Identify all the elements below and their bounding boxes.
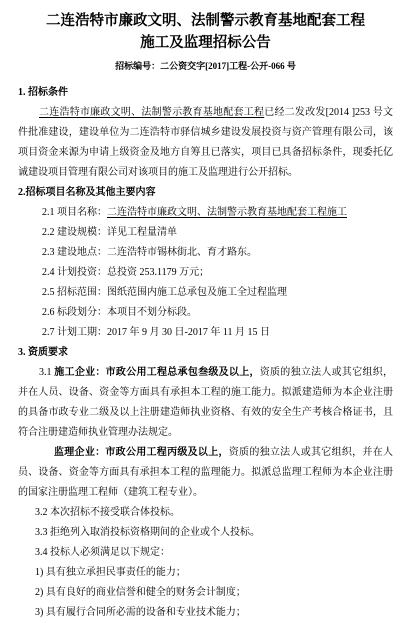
supervision-qualification-bold: 监理企业：市政公用工程丙级及以上，: [54, 447, 229, 458]
section3-supervision-paragraph: 监理企业：市政公用工程丙级及以上，资质的独立法人或其它组织，并在人员、设备、资金…: [18, 443, 393, 503]
section2-item-investment: 2.4 计划投资：总投资 253.1179 万元；: [42, 263, 393, 283]
construction-item-number: 3.1: [39, 367, 54, 378]
section2-item1-label: 2.1 项目名称：: [42, 207, 107, 218]
section3-item-consortium: 3.2 本次招标不接受联合体投标。: [35, 503, 393, 523]
section2-item-schedule: 2.7 计划工期：2017 年 9 月 30 日-2017 年 11 月 15 …: [42, 323, 393, 343]
requirement-list-item-2: 2) 具有良好的商业信誉和健全的财务会计制度；: [35, 583, 393, 603]
document-title-line1: 二连浩特市廉政文明、法制警示教育基地配套工程: [18, 10, 393, 32]
document-title: 二连浩特市廉政文明、法制警示教育基地配套工程 施工及监理招标公告: [18, 10, 393, 54]
section2-item-scope: 2.5 招标范围：图纸范围内施工总承包及施工全过程监理: [42, 283, 393, 303]
section3-item-disqualified: 3.3 拒绝列入取消投标资格期间的企业或个人投标。: [35, 523, 393, 543]
section2-item-scale: 2.2 建设规模：详见工程量清单: [42, 223, 393, 243]
section2-item-location: 2.3 建设地点：二连浩特市锡林街北、育才路东。: [42, 243, 393, 263]
section3-construction-paragraph: 3.1 施工企业：市政公用工程总承包叁级及以上，资质的独立法人或其它组织，并在人…: [18, 363, 393, 443]
section2-item-project-name: 2.1 项目名称：二连浩特市廉政文明、法制警示教育基地配套工程施工: [42, 203, 393, 223]
section3-item-requirements: 3.4 投标人必须满足以下规定：: [35, 543, 393, 563]
tender-number: 招标编号：二公资交字[2017]工程-公开-066 号: [18, 59, 393, 73]
requirement-list-item-3: 3) 具有履行合同所必需的设备和专业技术能力；: [35, 603, 393, 623]
section1-project-name: 二连浩特市廉政文明、法制警示教育基地配套工程: [39, 107, 264, 118]
section1-paragraph: 二连浩特市廉政文明、法制警示教育基地配套工程已经二发改发[2014 ]253 号…: [18, 103, 393, 183]
section2-item-lots: 2.6 标段划分：本项目不划分标段。: [42, 303, 393, 323]
section3-heading: 3. 资质要求: [18, 343, 393, 363]
requirement-list-item-1: 1) 具有独立承担民事责任的能力；: [35, 563, 393, 583]
document-page: 二连浩特市廉政文明、法制警示教育基地配套工程 施工及监理招标公告 招标编号：二公…: [0, 0, 410, 623]
document-title-line2: 施工及监理招标公告: [18, 32, 393, 54]
section2-heading: 2.招标项目名称及其他主要内容: [18, 183, 393, 203]
section2-item1-value: 二连浩特市廉政文明、法制警示教育基地配套工程施工: [107, 207, 347, 218]
construction-qualification-bold: 施工企业：市政公用工程总承包叁级及以上，: [54, 367, 259, 378]
section1-heading: 1. 招标条件: [18, 83, 393, 103]
